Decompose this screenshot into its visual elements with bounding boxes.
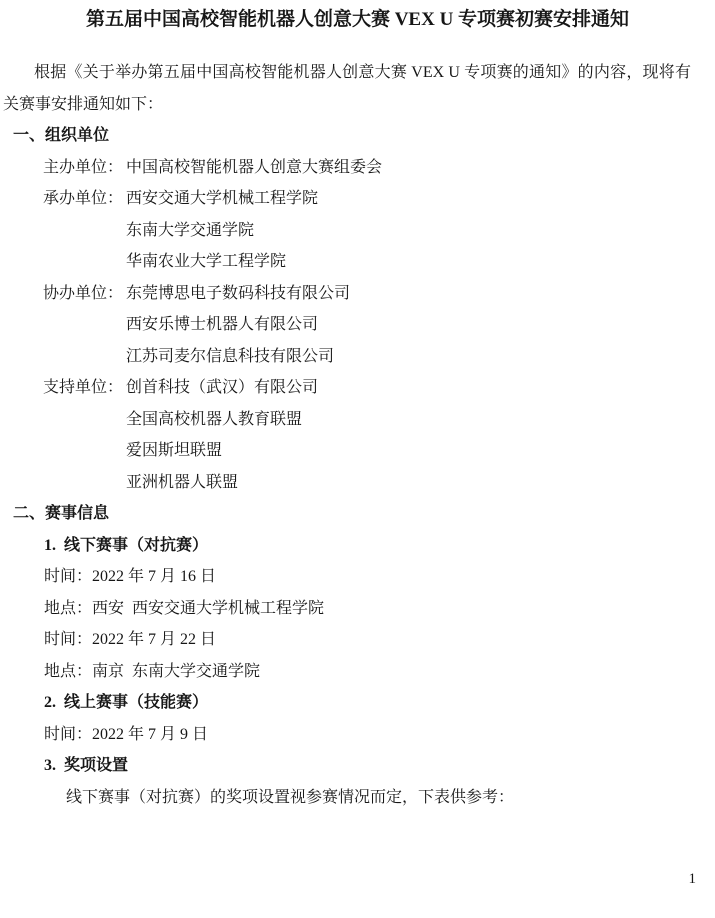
sub-heading-offline-event: 1. 线下赛事（对抗赛）	[44, 530, 691, 562]
section-heading-events: 二、赛事信息	[13, 498, 691, 530]
event-detail-line: 时间：2022 年 7 月 22 日	[44, 624, 691, 656]
document-body: 根据《关于举办第五届中国高校智能机器人创意大赛 VEX U 专项赛的通知》的内容…	[0, 57, 715, 813]
org-value: 华南农业大学工程学院	[126, 246, 691, 278]
org-value: 东南大学交通学院	[126, 215, 691, 247]
document-page: 第五届中国高校智能机器人创意大赛 VEX U 专项赛初赛安排通知 根据《关于举办…	[0, 0, 715, 918]
org-row-host: 主办单位： 中国高校智能机器人创意大赛组委会	[43, 152, 691, 184]
org-value: 东莞博思电子数码科技有限公司	[126, 278, 691, 310]
event-detail-line: 时间：2022 年 7 月 9 日	[44, 719, 691, 751]
event-detail-line: 时间：2022 年 7 月 16 日	[44, 561, 691, 593]
org-values: 中国高校智能机器人创意大赛组委会	[126, 152, 691, 184]
org-label: 承办单位：	[43, 183, 126, 278]
org-values: 创首科技（武汉）有限公司 全国高校机器人教育联盟 爱因斯坦联盟 亚洲机器人联盟	[126, 372, 691, 498]
org-values: 东莞博思电子数码科技有限公司 西安乐博士机器人有限公司 江苏司麦尔信息科技有限公…	[126, 278, 691, 373]
org-value: 创首科技（武汉）有限公司	[126, 372, 691, 404]
org-values: 西安交通大学机械工程学院 东南大学交通学院 华南农业大学工程学院	[126, 183, 691, 278]
section-heading-organization: 一、组织单位	[13, 120, 691, 152]
org-value: 爱因斯坦联盟	[126, 435, 691, 467]
org-label: 支持单位：	[43, 372, 126, 498]
org-row-undertaker: 承办单位： 西安交通大学机械工程学院 东南大学交通学院 华南农业大学工程学院	[43, 183, 691, 278]
org-value: 中国高校智能机器人创意大赛组委会	[126, 152, 691, 184]
event-detail-line: 地点：西安 西安交通大学机械工程学院	[44, 593, 691, 625]
org-row-coorganizer: 协办单位： 东莞博思电子数码科技有限公司 西安乐博士机器人有限公司 江苏司麦尔信…	[43, 278, 691, 373]
org-value: 江苏司麦尔信息科技有限公司	[126, 341, 691, 373]
awards-paragraph: 线下赛事（对抗赛）的奖项设置视参赛情况而定，下表供参考：	[66, 782, 691, 814]
org-value: 亚洲机器人联盟	[126, 467, 691, 499]
org-value: 全国高校机器人教育联盟	[126, 404, 691, 436]
intro-paragraph: 根据《关于举办第五届中国高校智能机器人创意大赛 VEX U 专项赛的通知》的内容…	[3, 57, 691, 120]
page-title: 第五届中国高校智能机器人创意大赛 VEX U 专项赛初赛安排通知	[0, 0, 715, 35]
org-label: 协办单位：	[43, 278, 126, 373]
org-value: 西安交通大学机械工程学院	[126, 183, 691, 215]
event-detail-line: 地点：南京 东南大学交通学院	[44, 656, 691, 688]
org-value: 西安乐博士机器人有限公司	[126, 309, 691, 341]
sub-heading-awards: 3. 奖项设置	[44, 750, 691, 782]
page-number: 1	[689, 869, 697, 889]
org-row-supporter: 支持单位： 创首科技（武汉）有限公司 全国高校机器人教育联盟 爱因斯坦联盟 亚洲…	[43, 372, 691, 498]
sub-heading-online-event: 2. 线上赛事（技能赛）	[44, 687, 691, 719]
org-label: 主办单位：	[43, 152, 126, 184]
